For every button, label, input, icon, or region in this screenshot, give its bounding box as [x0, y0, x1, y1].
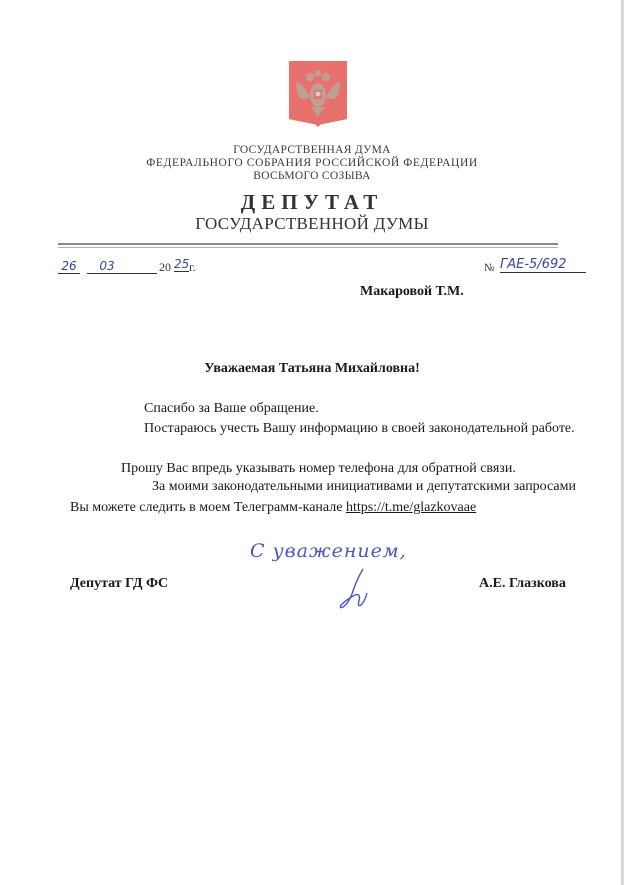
- paragraph-info: Постараюсь учесть Вашу информацию в свое…: [70, 418, 576, 439]
- signature-title: Депутат ГД ФС: [70, 576, 168, 592]
- header-divider: [58, 243, 558, 245]
- date-year-suffix: 25: [174, 257, 189, 272]
- date-day: 26: [58, 259, 80, 274]
- handwritten-closing: С уважением,: [250, 540, 407, 562]
- telegram-text: За моими законодательными инициативами и…: [70, 479, 576, 515]
- header-title: ДЕПУТАТ: [0, 190, 624, 215]
- signature-name: А.Е. Глазкова: [479, 576, 566, 592]
- reference-label: №: [484, 262, 495, 274]
- date-suffix: г.: [189, 260, 196, 275]
- date-year-prefix: 20: [159, 260, 171, 275]
- greeting: Уважаемая Татьяна Михайловна!: [0, 361, 624, 377]
- header-subtitle: ГОСУДАРСТВЕННОЙ ДУМЫ: [0, 214, 624, 234]
- date-month: 03: [87, 259, 157, 274]
- header-federal-assembly: ФЕДЕРАЛЬНОГО СОБРАНИЯ РОССИЙСКОЙ ФЕДЕРАЦ…: [0, 157, 624, 169]
- header-divider-thin: [58, 247, 558, 248]
- reference-number: ГАЕ-5/692: [500, 257, 586, 273]
- recipient: Макаровой Т.М.: [360, 284, 464, 300]
- signature-mark-icon: [335, 565, 375, 618]
- paragraph-telegram: За моими законодательными инициативами и…: [70, 476, 576, 518]
- coat-of-arms-icon: [289, 61, 347, 127]
- header-duma: ГОСУДАРСТВЕННАЯ ДУМА: [0, 144, 624, 156]
- paragraph-thanks: Спасибо за Ваше обращение.: [70, 398, 576, 419]
- telegram-link[interactable]: https://t.me/glazkovaae: [346, 500, 476, 515]
- header-convocation: ВОСЬМОГО СОЗЫВА: [0, 170, 624, 182]
